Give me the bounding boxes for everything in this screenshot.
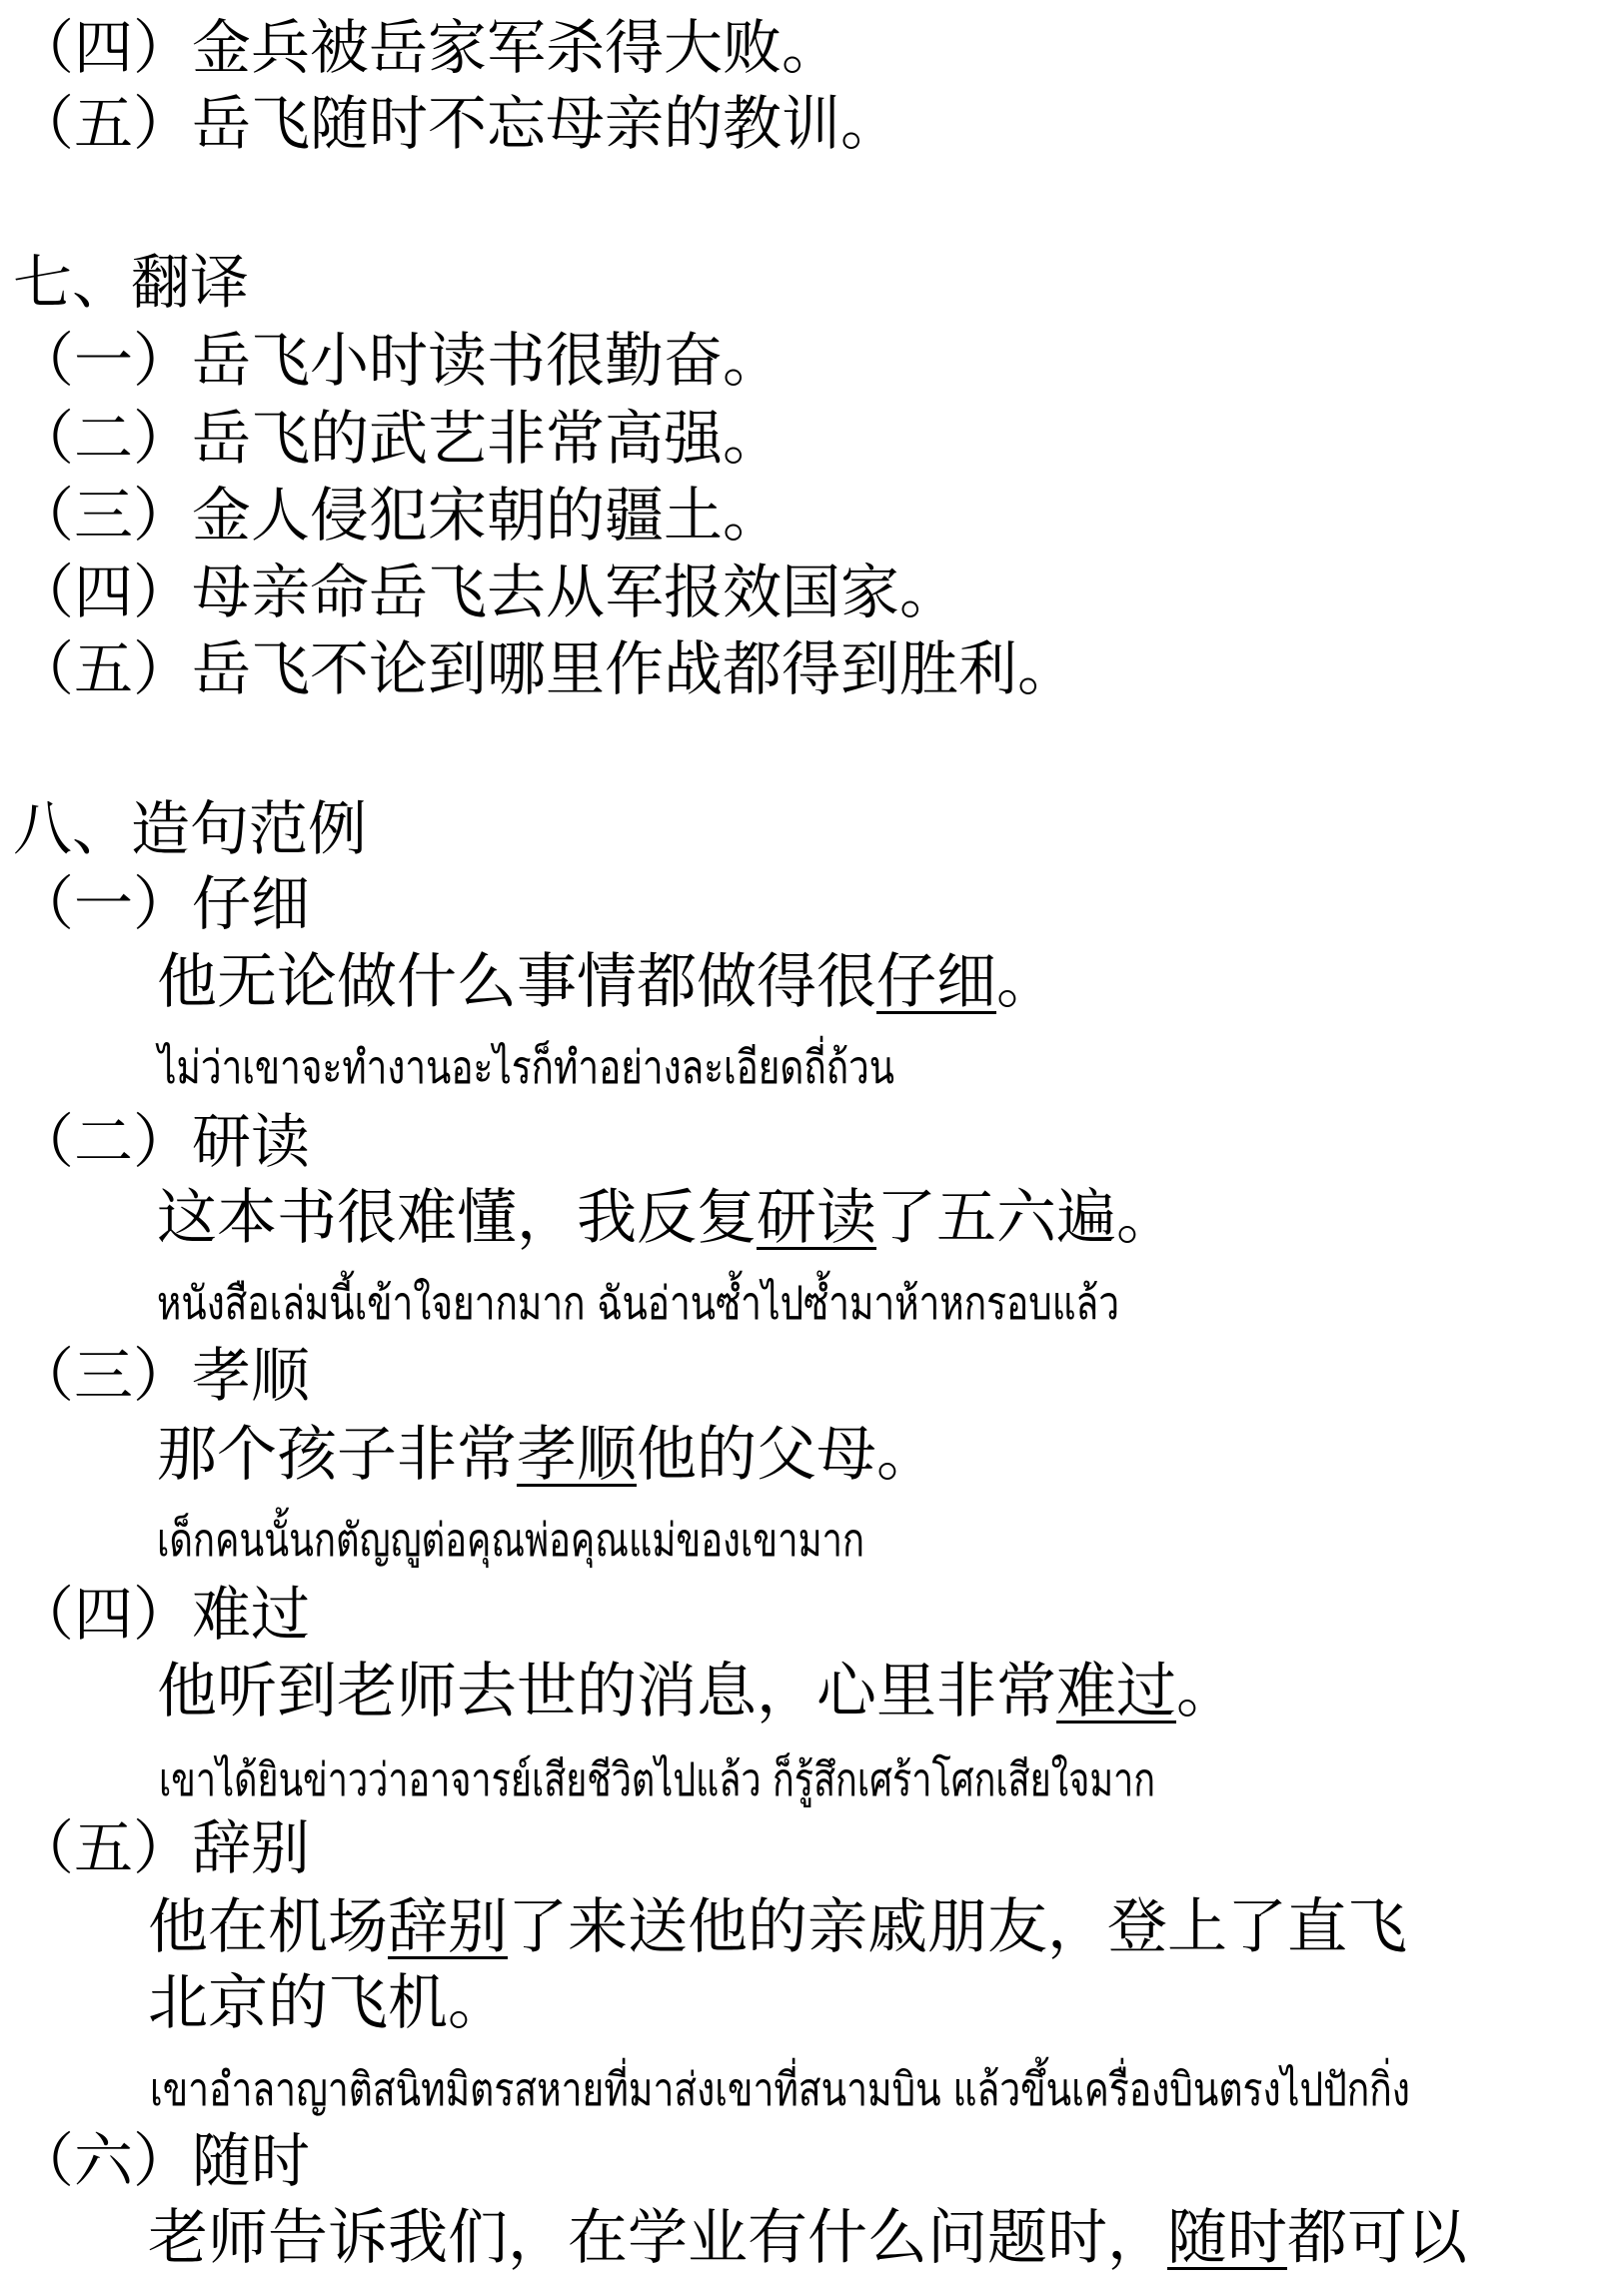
item-text: 岳飞小时读书很勤奋。 xyxy=(192,326,782,395)
item-number: （二） xyxy=(15,404,192,473)
example-5-thai-translation: เขาอำลาญาติสนิทมิตรสหายที่มาส่งเขาที่สนา… xyxy=(150,2059,1598,2119)
sentence-text: 他无论做什么事情都做得很 xyxy=(157,947,876,1017)
underlined-word: 仔细 xyxy=(876,947,996,1017)
sentence-text: 那个孩子非常 xyxy=(157,1420,517,1490)
underlined-word: 难过 xyxy=(1056,1657,1176,1726)
section7-item-2: （二）岳飞的武艺非常高强。 xyxy=(15,404,782,474)
section6-item-5: （五）岳飞随时不忘母亲的教训。 xyxy=(15,89,899,159)
section7-item-4: （四）母亲命岳飞去从军报效国家。 xyxy=(15,558,958,627)
section6-item-4: （四）金兵被岳家军杀得大败。 xyxy=(15,13,840,83)
sentence-text: 这本书很难懂，我反复 xyxy=(157,1183,757,1253)
example-2-thai-translation: หนังสือเล่มนี้เข้าใจยากมาก ฉันอ่านซ้ำไปซ… xyxy=(157,1273,1353,1333)
sentence-text: 。 xyxy=(996,947,1056,1017)
example-4-title: （四）难过 xyxy=(15,1580,310,1650)
example-word: 研读 xyxy=(192,1107,310,1176)
example-number: （一） xyxy=(15,869,192,938)
item-text: 母亲命岳飞去从军报效国家。 xyxy=(192,558,958,626)
item-number: （三） xyxy=(15,481,192,550)
example-3-title: （三）孝顺 xyxy=(15,1341,310,1411)
sentence-text: 。 xyxy=(1176,1657,1236,1726)
example-5-sentence-line-1: 他在机场辞别了来送他的亲戚朋友，登上了直飞 xyxy=(148,1892,1407,1962)
example-2-title: （二）研读 xyxy=(15,1107,310,1177)
sentence-text: 了五六遍。 xyxy=(876,1183,1176,1253)
item-text: 金兵被岳家军杀得大败。 xyxy=(192,13,840,82)
underlined-word: 孝顺 xyxy=(517,1420,637,1490)
thai-text: เด็กคนนั้นกตัญญูต่อคุณพ่อคุณแม่ของเขามาก xyxy=(157,1510,864,1570)
item-text: 岳飞不论到哪里作战都得到胜利。 xyxy=(192,634,1076,703)
example-number: （二） xyxy=(15,1107,192,1176)
example-4-thai-translation: เขาได้ยินข่าวว่าอาจารย์เสียชีวิตไปแล้ว ก… xyxy=(159,1749,1433,1809)
item-text: 岳飞的武艺非常高强。 xyxy=(192,404,782,473)
example-word: 难过 xyxy=(192,1580,310,1649)
example-2-sentence: 这本书很难懂，我反复研读了五六遍。 xyxy=(157,1183,1176,1253)
example-5-title: （五）辞别 xyxy=(15,1813,310,1883)
sentence-text: 他听到老师去世的消息，心里非常 xyxy=(157,1657,1056,1726)
item-number: （一） xyxy=(15,326,192,395)
section7-heading: 七、翻译 xyxy=(13,248,249,318)
example-3-sentence: 那个孩子非常孝顺他的父母。 xyxy=(157,1420,936,1490)
example-word: 孝顺 xyxy=(192,1341,310,1410)
example-word: 随时 xyxy=(192,2126,310,2195)
item-text: 金人侵犯宋朝的疆土。 xyxy=(192,481,782,550)
sentence-text: 老师告诉我们，在学业有什么问题时， xyxy=(148,2203,1167,2273)
section7-item-3: （三）金人侵犯宋朝的疆土。 xyxy=(15,481,782,551)
sentence-text: 他的父母。 xyxy=(637,1420,936,1490)
underlined-word: 随时 xyxy=(1167,2203,1287,2273)
underlined-word: 研读 xyxy=(757,1183,876,1253)
underlined-word: 辞别 xyxy=(388,1892,508,1962)
item-number: （四） xyxy=(15,558,192,626)
example-number: （五） xyxy=(15,1813,192,1882)
thai-text: ไม่ว่าเขาจะทำงานอะไรก็ทำอย่างละเอียดถี่ถ… xyxy=(158,1037,894,1097)
sentence-text: 北京的飞机。 xyxy=(148,1968,508,2038)
thai-text: เขาอำลาญาติสนิทมิตรสหายที่มาส่งเขาที่สนา… xyxy=(150,2059,1410,2119)
document-page: （四）金兵被岳家军杀得大败。 （五）岳飞随时不忘母亲的教训。 七、翻译 （一）岳… xyxy=(0,0,1598,2296)
example-word: 辞别 xyxy=(192,1813,310,1882)
thai-text: เขาได้ยินข่าวว่าอาจารย์เสียชีวิตไปแล้ว ก… xyxy=(159,1749,1155,1809)
section8-heading: 八、造句范例 xyxy=(13,794,367,864)
section7-item-1: （一）岳飞小时读书很勤奋。 xyxy=(15,326,782,396)
item-number: （四） xyxy=(15,13,192,82)
example-number: （三） xyxy=(15,1341,192,1410)
example-1-sentence: 他无论做什么事情都做得很仔细。 xyxy=(157,947,1056,1017)
item-text: 岳飞随时不忘母亲的教训。 xyxy=(192,89,899,158)
item-number: （五） xyxy=(15,634,192,703)
example-number: （六） xyxy=(15,2126,192,2195)
section7-item-5: （五）岳飞不论到哪里作战都得到胜利。 xyxy=(15,634,1076,704)
example-6-sentence: 老师告诉我们，在学业有什么问题时，随时都可以 xyxy=(148,2203,1467,2273)
example-number: （四） xyxy=(15,1580,192,1649)
example-1-title: （一）仔细 xyxy=(15,869,310,939)
example-word: 仔细 xyxy=(192,869,310,938)
sentence-text: 都可以 xyxy=(1287,2203,1467,2273)
item-number: （五） xyxy=(15,89,192,158)
example-5-sentence-line-2: 北京的飞机。 xyxy=(148,1968,508,2038)
sentence-text: 了来送他的亲戚朋友，登上了直飞 xyxy=(508,1892,1407,1962)
example-6-title: （六）随时 xyxy=(15,2126,310,2196)
example-4-sentence: 他听到老师去世的消息，心里非常难过。 xyxy=(157,1657,1236,1726)
sentence-text: 他在机场 xyxy=(148,1892,388,1962)
thai-text: หนังสือเล่มนี้เข้าใจยากมาก ฉันอ่านซ้ำไปซ… xyxy=(157,1273,1119,1333)
example-1-thai-translation: ไม่ว่าเขาจะทำงานอะไรก็ทำอย่างละเอียดถี่ถ… xyxy=(158,1037,1076,1097)
example-3-thai-translation: เด็กคนนั้นกตัญญูต่อคุณพ่อคุณแม่ของเขามาก xyxy=(157,1510,1052,1570)
